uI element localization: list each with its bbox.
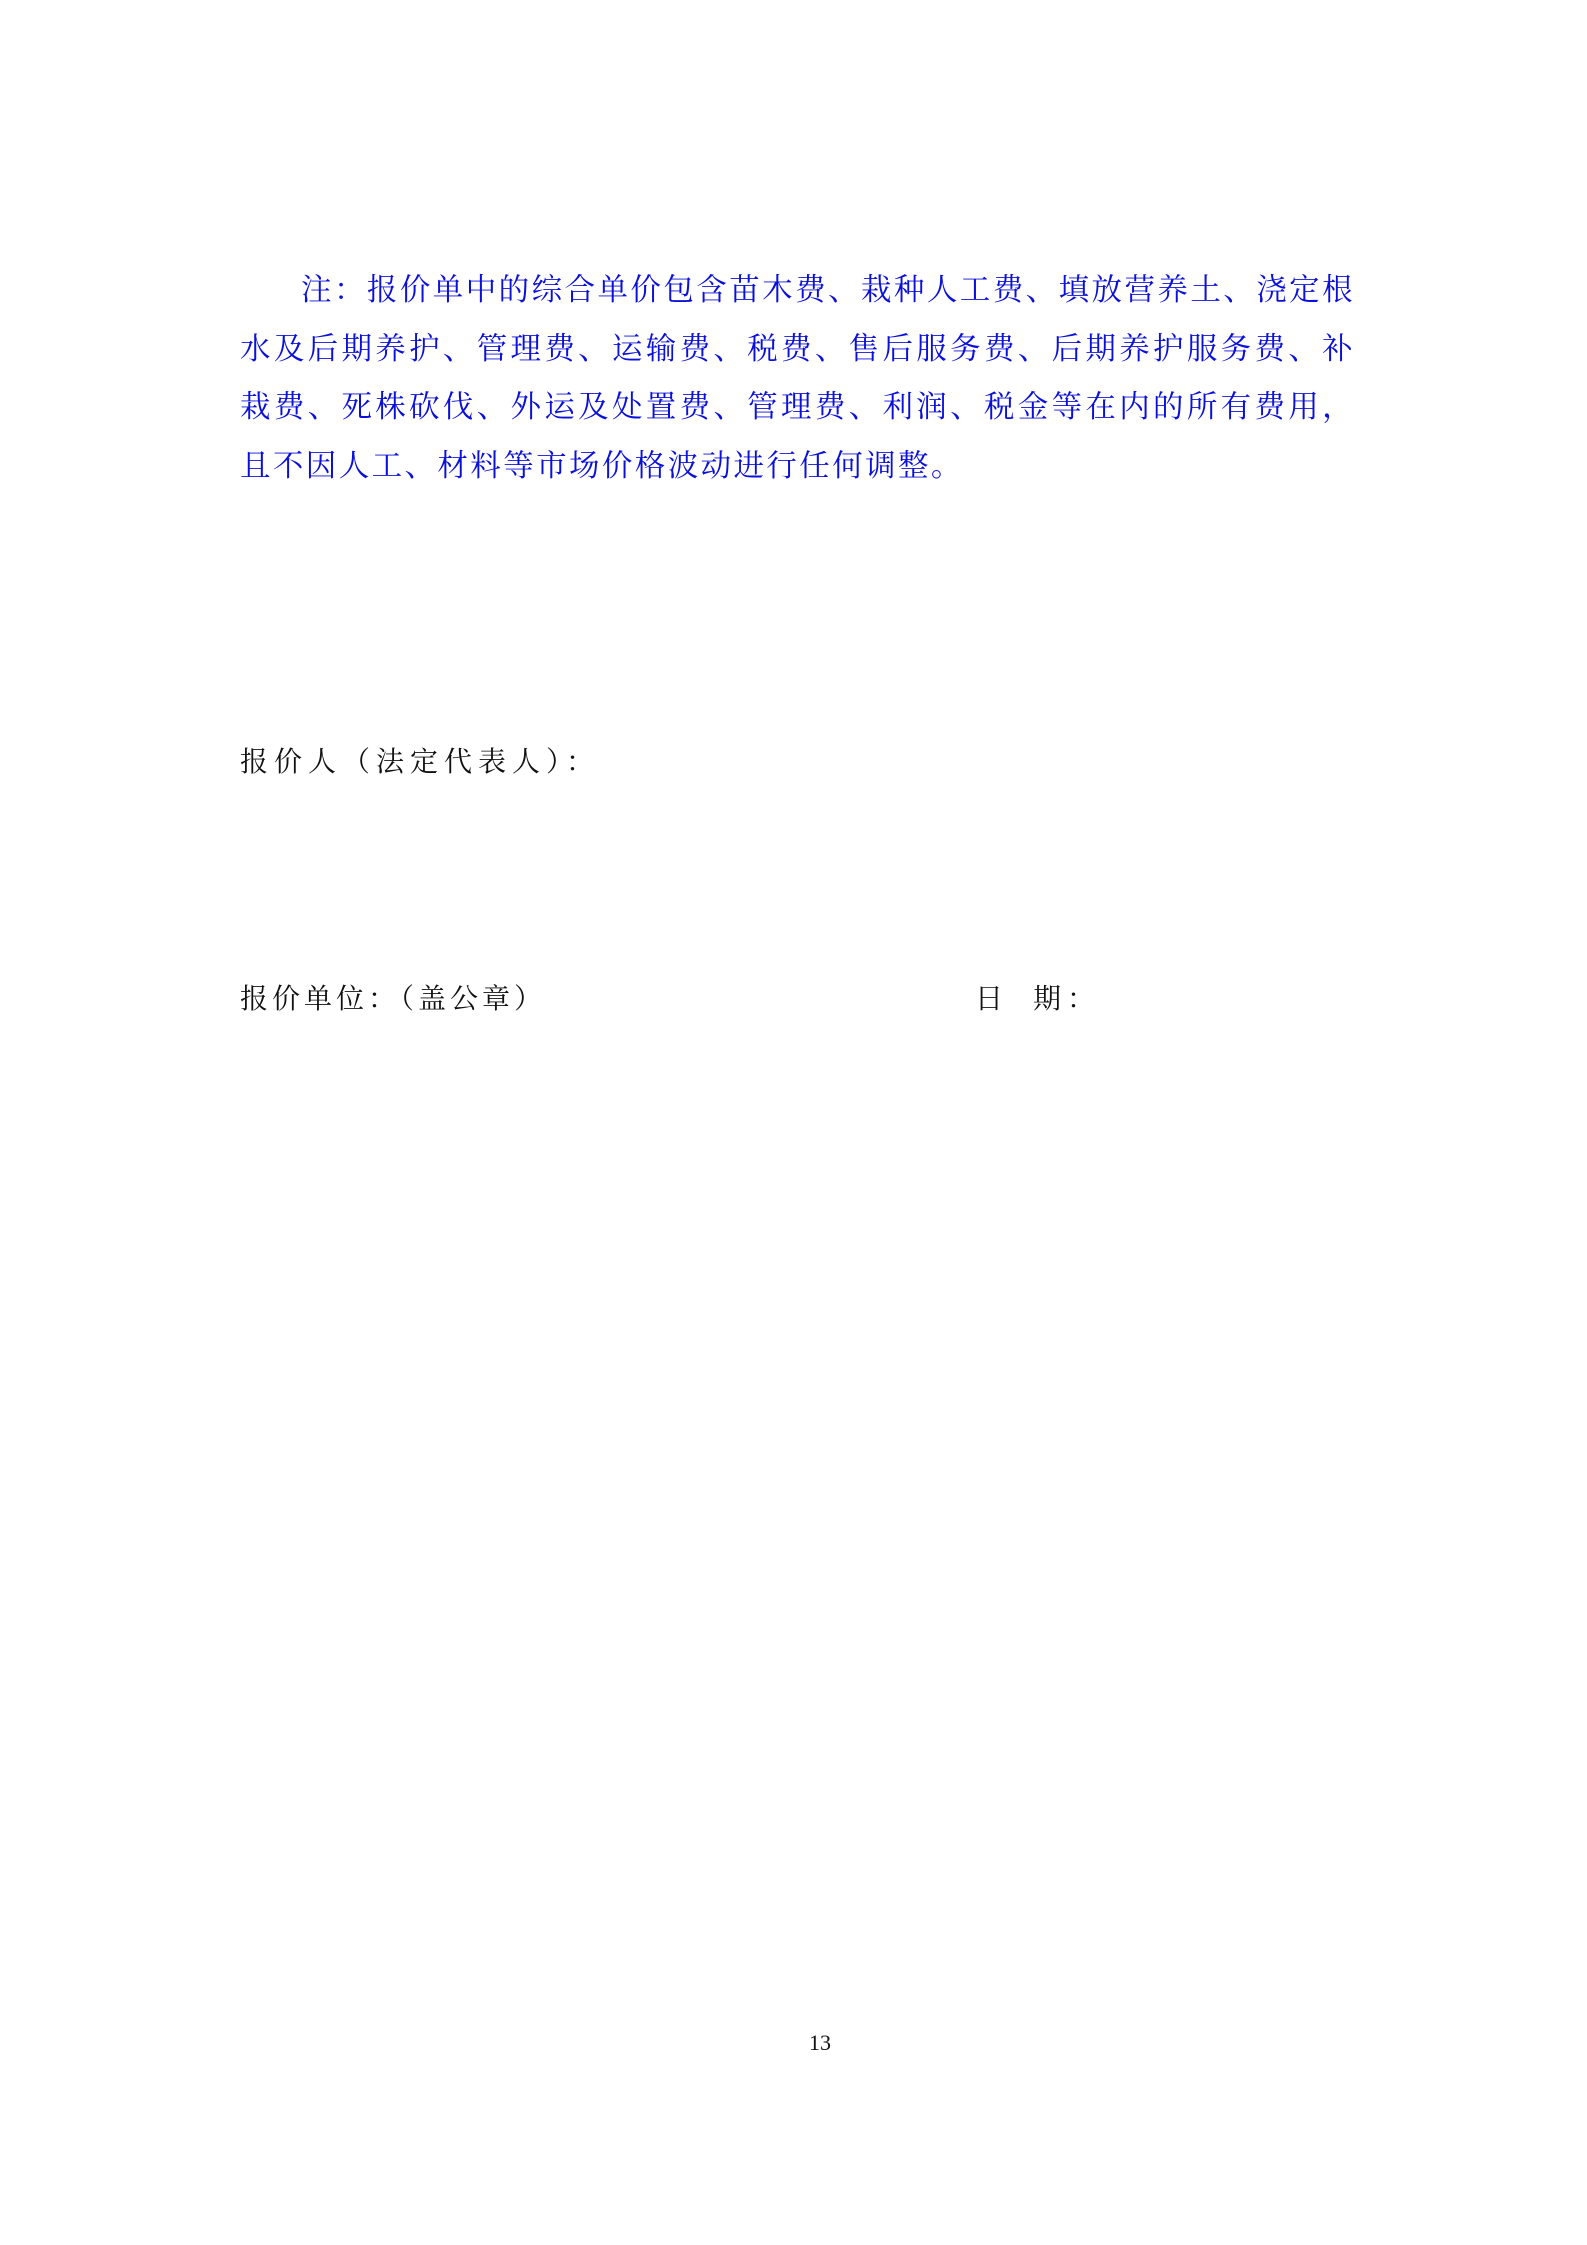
date-label-char-1: 日 — [975, 982, 1009, 1015]
page-number: 13 — [0, 2030, 1587, 2056]
quoting-unit-seal-label: 报价单位：（盖公章） — [240, 977, 546, 1017]
document-page: 注：报价单中的综合单价包含苗木费、栽种人工费、填放营养土、浇定根水及后期养护、管… — [0, 0, 1587, 2245]
date-label-char-2: 期： — [1033, 982, 1101, 1015]
date-label: 日期： — [975, 977, 1101, 1017]
pricing-note-paragraph: 注：报价单中的综合单价包含苗木费、栽种人工费、填放营养土、浇定根水及后期养护、管… — [240, 262, 1355, 496]
quoter-legal-representative-label: 报价人（法定代表人）： — [240, 740, 600, 780]
